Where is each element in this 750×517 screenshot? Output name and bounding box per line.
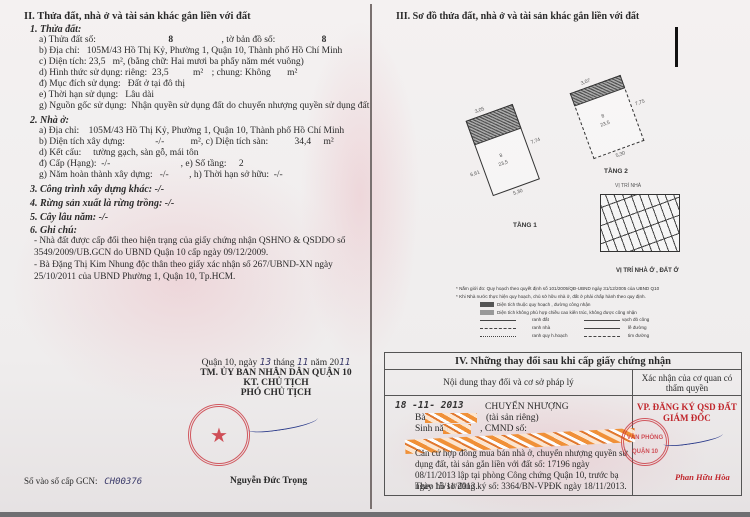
change-date: 18 -11- 2013: [395, 400, 464, 411]
other-construction: 3. Công trình xây dựng khác: -/-: [30, 184, 164, 195]
house-heading: 2. Nhà ở:: [30, 115, 69, 126]
signature-mark: [248, 413, 319, 435]
section-title: II. Thửa đất, nhà ở và tài sản khác gắn …: [24, 11, 251, 22]
legend-item-1: Diện tích thuộc quy hoạch , đường công n…: [480, 302, 590, 307]
change-type: CHUYỂN NHƯỢNG: [485, 402, 569, 412]
signature-mark: [663, 430, 724, 448]
note-2: - Bà Đặng Thị Kim Nhung độc thân theo gi…: [34, 259, 354, 283]
legend-line-6: tim đường: [628, 333, 649, 338]
change-entry: 18 -11- 2013 CHUYỂN NHƯỢNG Bà (tài sản r…: [385, 396, 633, 495]
issuer-line-3: PHÓ CHỦ TỊCH: [186, 388, 366, 398]
changes-title: IV. Những thay đổi sau khi cấp giấy chứn…: [385, 353, 741, 370]
authority-office: VP. ĐĂNG KÝ QSD ĐẤT: [637, 402, 737, 412]
legend-line-2: ranh nhà: [532, 325, 550, 330]
north-arrow-icon: [675, 27, 678, 67]
location-label: VỊ TRÍ NHÀ Ở , ĐẤT Ở: [616, 268, 679, 274]
changes-col-authority: Xác nhận của cơ quan có thẩm quyền: [633, 370, 741, 395]
floor-2-label: TẦNG 2: [604, 168, 628, 175]
changes-col-content: Nội dung thay đổi và cơ sở pháp lý: [385, 370, 633, 395]
land-heading: 1. Thửa đất:: [30, 24, 81, 35]
land-origin-line: g) Nguồn gốc sử dụng: Nhận quyền sử dụng…: [39, 101, 369, 111]
house-grade-line: đ) Cấp (Hạng): -/- , e) Số tầng: 2: [39, 159, 244, 169]
legend-line-3: ranh quy h.hoạch: [532, 333, 568, 338]
redaction: [425, 413, 477, 423]
legend-item-2: Diện tích không phù hợp chiều cao kiến t…: [480, 310, 637, 315]
floor-1-plan: 8 23,5 3,05 5,30 7,74 6,61: [466, 94, 579, 225]
legend-line-5: lề đường: [628, 325, 647, 330]
house-completion-line: g) Năm hoàn thành xây dựng: -/- , h) Thờ…: [39, 170, 283, 180]
registry-seal-icon: VĂN PHÒNG QUẬN 10: [621, 418, 669, 466]
legend-line-1: ranh đất: [532, 317, 549, 322]
house-structure-line: d) Kết cấu: tường gạch, sàn gỗ, mái tôn: [39, 148, 199, 158]
issuer-line-2: KT. CHỦ TỊCH: [186, 378, 366, 388]
house-address-line: a) Địa chỉ: 105M/43 Hồ Thị Kỷ, Phường 1,…: [39, 126, 344, 136]
authority-title: GIÁM ĐỐC: [663, 413, 711, 423]
official-seal-icon: ★: [188, 404, 250, 466]
perennial-trees: 5. Cây lâu năm: -/-: [30, 212, 108, 223]
issuer-line-1: TM. ỦY BAN NHÂN DÂN QUẬN 10: [186, 368, 366, 378]
registry-number: Số vào sổ cấp GCN: CH00376: [24, 476, 142, 487]
location-map: [600, 194, 680, 252]
change-reference: Theo hồ sơ đăng ký số: 3364/BN-VPĐK ngày…: [415, 481, 627, 491]
forest: 4. Rừng sản xuất là rừng trồng: -/-: [30, 198, 174, 209]
land-parcel-line: a) Thửa đất số: 8 , tờ bản đồ số: 8: [39, 35, 326, 45]
legend-note-1: * Nằm giới đo: Quy hoạch theo quyết định…: [456, 286, 659, 291]
note-1: - Nhà đất được cấp đổi theo hiện trạng c…: [34, 235, 354, 259]
land-area-line: c) Diện tích: 23,5 m², (bằng chữ: Hai mư…: [39, 57, 304, 67]
authority-confirmation: VP. ĐĂNG KÝ QSD ĐẤT GIÁM ĐỐC VĂN PHÒNG Q…: [633, 396, 741, 495]
right-page: III. Sơ đồ thửa đất, nhà ở và tài sản kh…: [372, 0, 750, 512]
changes-table: IV. Những thay đổi sau khi cấp giấy chứn…: [384, 352, 742, 496]
legend-note-2: * Khi Nhà nước thực hiện quy hoạch, chủ …: [456, 294, 646, 299]
signer-name: Nguyễn Đức Trọng: [230, 476, 307, 486]
left-page: II. Thửa đất, nhà ở và tài sản khác gắn …: [0, 0, 370, 512]
issue-date: Quận 10, ngày 13 tháng 11 năm 2011: [186, 357, 366, 368]
certificate-sheet: II. Thửa đất, nhà ở và tài sản khác gắn …: [0, 0, 750, 512]
location-small-label: VỊ TRÍ NHÀ: [615, 183, 641, 189]
redaction: [443, 424, 471, 434]
floor-1-label: TẦNG 1: [513, 222, 537, 229]
land-address-line: b) Địa chỉ: 105M/43 Hồ Thị Kỷ, Phường 1,…: [39, 46, 342, 56]
land-term-line: e) Thời hạn sử dụng: Lâu dài: [39, 90, 154, 100]
legend-line-4: vạch đỏ công: [622, 317, 649, 322]
land-purpose-line: đ) Mục đích sử dụng: Đất ở tại đô thị: [39, 79, 185, 89]
land-usage-line: d) Hình thức sử dụng: riêng: 23,5 m² ; c…: [39, 68, 297, 78]
floor-2-plan: 8 23,5 3,07 5,30 7,75: [570, 68, 670, 174]
house-area-line: b) Diện tích xây dựng: -/- m², c) Diện t…: [39, 137, 334, 147]
issuer-signature-block: Quận 10, ngày 13 tháng 11 năm 2011 TM. Ủ…: [186, 357, 366, 398]
diagram-section-title: III. Sơ đồ thửa đất, nhà ở và tài sản kh…: [396, 11, 639, 22]
authority-signer: Phan Hữu Hòa: [675, 472, 730, 482]
